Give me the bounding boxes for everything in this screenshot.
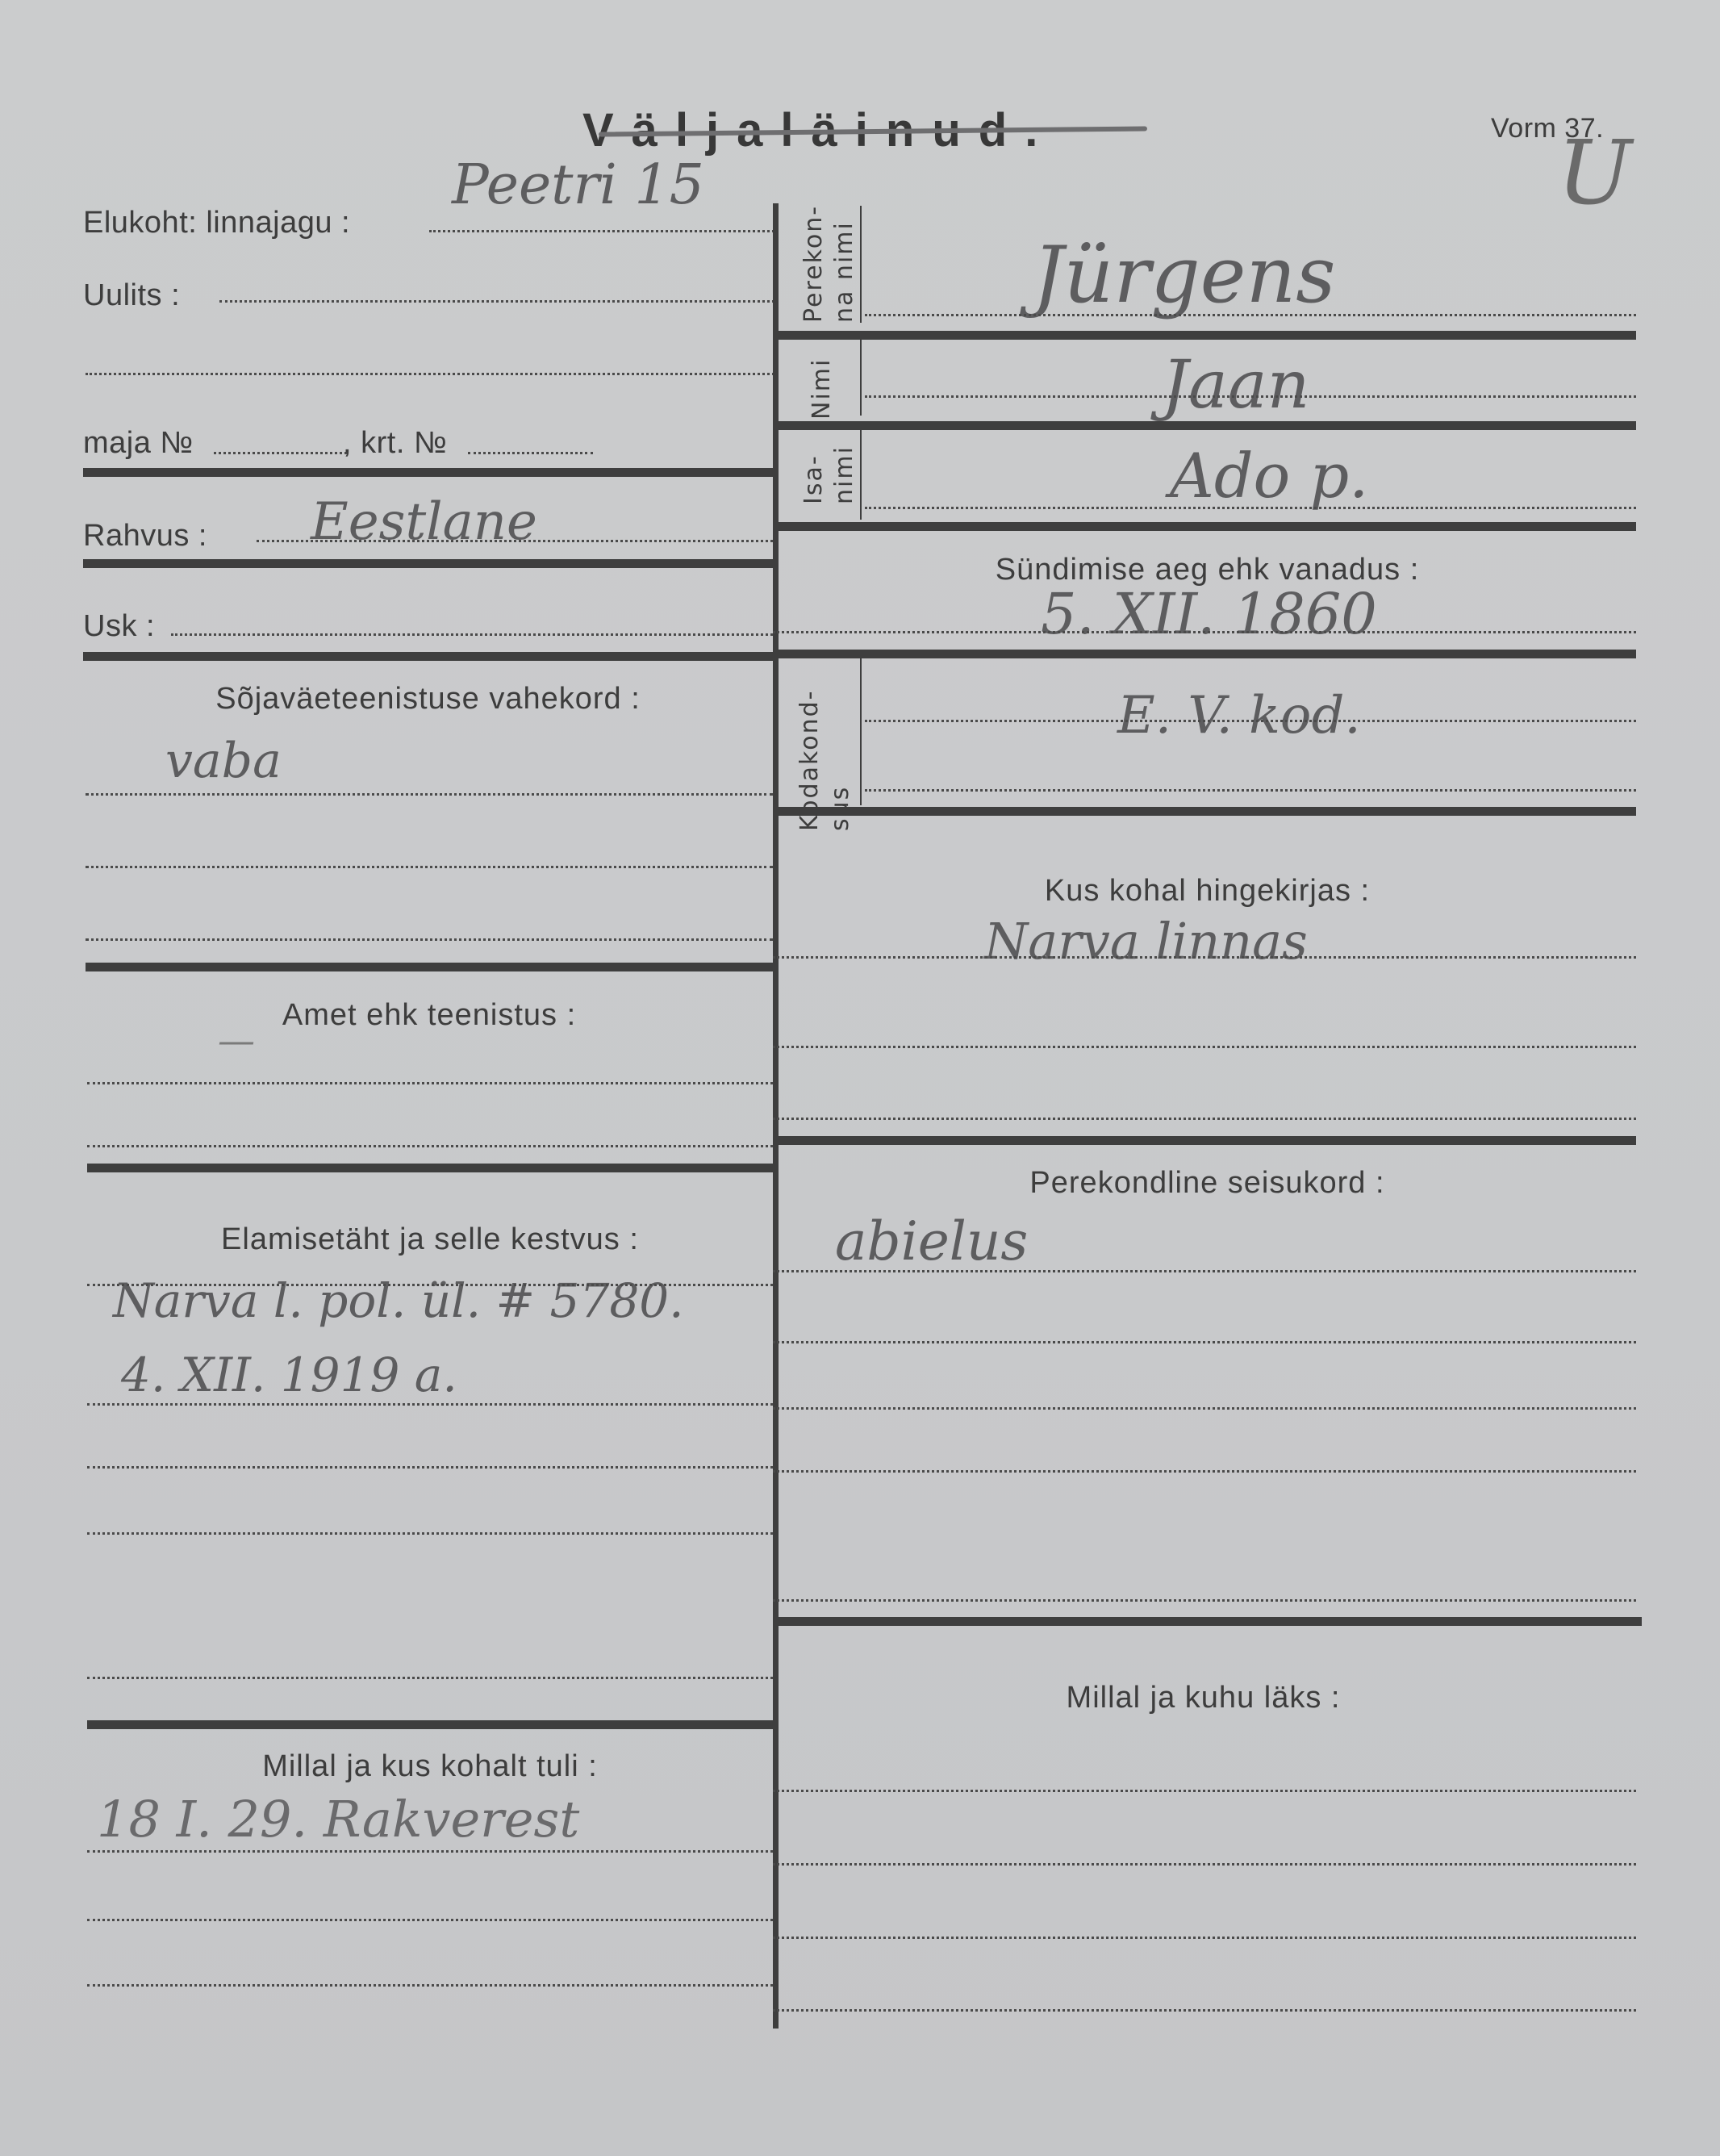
first-name-value: Jaan xyxy=(1162,347,1309,424)
registry-label: Kus kohal hingekirjas : xyxy=(779,874,1636,909)
label-separator xyxy=(860,339,862,416)
patronymic-label-line2: nimi xyxy=(830,445,858,504)
divider xyxy=(779,807,1636,816)
marital-line-1 xyxy=(773,1270,1636,1272)
birth-value: 5. XII. 1860 xyxy=(1041,581,1377,647)
apartment-number-line xyxy=(468,452,593,454)
residence-permit-value-line1: Narva l. pol. ül. # 5780. xyxy=(113,1273,684,1328)
center-divider xyxy=(773,203,779,2029)
surname-label: Perekon- na nimi xyxy=(799,198,860,323)
nationality-value: Eestlane xyxy=(311,492,537,552)
citizenship-line-1 xyxy=(865,720,1636,722)
apartment-number-label: , krt. № xyxy=(343,426,447,461)
street-line-2 xyxy=(86,373,774,375)
residence-permit-line-2 xyxy=(87,1403,773,1406)
label-separator xyxy=(860,429,862,520)
religion-line xyxy=(171,633,773,636)
occupation-value: — xyxy=(218,1018,255,1062)
occupation-label: Amet ehk teenistus : xyxy=(86,998,773,1033)
departure-line-1 xyxy=(773,1790,1636,1792)
marital-line-3 xyxy=(773,1407,1636,1410)
residence-permit-line-1 xyxy=(87,1284,773,1286)
departure-line-4 xyxy=(773,2009,1636,2012)
registry-value: Narva linnas xyxy=(984,912,1308,971)
divider xyxy=(83,559,773,568)
religion-label: Usk : xyxy=(83,609,155,644)
form-paper: Väljaläinud. Vorm 37. U Elukoht: linnaja… xyxy=(0,0,1720,2156)
patronymic-label: Isa- nimi xyxy=(799,424,860,504)
occupation-line-1 xyxy=(87,1082,773,1084)
surname-label-line1: Perekon- xyxy=(799,205,828,323)
marital-value: abielus xyxy=(835,1210,1028,1272)
patronymic-label-line1: Isa- xyxy=(799,454,828,504)
occupation-line-2 xyxy=(87,1145,773,1147)
residence-district-label: Elukoht: linnajagu : xyxy=(83,206,350,240)
marital-line-4 xyxy=(773,1470,1636,1473)
arrival-line-2 xyxy=(87,1919,773,1921)
departure-label: Millal ja kuhu läks : xyxy=(774,1681,1632,1715)
citizenship-value: E. V. kod. xyxy=(1117,686,1361,746)
divider xyxy=(779,650,1636,658)
patronymic-value: Ado p. xyxy=(1170,440,1368,512)
arrival-label: Millal ja kus kohalt tuli : xyxy=(87,1749,773,1784)
surname-value: Jürgens xyxy=(1033,230,1336,320)
residence-permit-label: Elamisetäht ja selle kestvus : xyxy=(87,1222,773,1257)
divider xyxy=(779,1136,1636,1145)
street-line xyxy=(219,300,774,303)
street-label: Uulits : xyxy=(83,278,180,313)
residence-permit-line-5 xyxy=(87,1677,773,1679)
divider xyxy=(779,522,1636,531)
marital-line-5 xyxy=(773,1599,1636,1602)
house-number-line xyxy=(214,452,347,454)
departure-line-2 xyxy=(773,1863,1636,1866)
patronymic-line xyxy=(865,507,1636,509)
pencil-mark: U xyxy=(1557,121,1632,224)
label-separator xyxy=(860,658,862,805)
marital-label: Perekondline seisukord : xyxy=(779,1166,1636,1201)
military-line-2 xyxy=(86,866,773,868)
divider xyxy=(87,1164,773,1172)
house-number-label: maja № xyxy=(83,426,194,461)
citizenship-label: Kodakond- sus xyxy=(795,662,856,831)
birth-line xyxy=(773,631,1636,633)
first-name-label-text: Nimi xyxy=(808,358,836,420)
registry-line-2 xyxy=(773,1046,1636,1048)
arrival-line-1 xyxy=(87,1850,773,1853)
residence-permit-value-line2: 4. XII. 1919 a. xyxy=(121,1347,457,1402)
military-line-3 xyxy=(86,938,773,941)
nationality-line xyxy=(257,540,773,542)
departure-line-3 xyxy=(773,1937,1636,1939)
surname-line xyxy=(865,314,1636,316)
military-line-1 xyxy=(86,793,773,796)
citizenship-line-2 xyxy=(865,789,1636,792)
registry-line-1 xyxy=(773,956,1636,959)
residence-district-value: Peetri 15 xyxy=(452,153,704,217)
residence-permit-line-3 xyxy=(87,1466,773,1469)
label-separator xyxy=(860,206,862,323)
registry-line-3 xyxy=(773,1118,1636,1120)
divider xyxy=(774,1617,1642,1626)
surname-label-line2: na nimi xyxy=(830,221,858,323)
divider xyxy=(83,468,773,477)
divider xyxy=(86,963,773,971)
military-value: vaba xyxy=(165,733,282,789)
military-label: Sõjaväeteenistuse vahekord : xyxy=(83,682,773,717)
nationality-label: Rahvus : xyxy=(83,519,207,554)
divider xyxy=(87,1720,773,1729)
marital-line-2 xyxy=(773,1341,1636,1343)
arrival-value: 18 I. 29. Rakverest xyxy=(97,1790,579,1849)
arrival-line-3 xyxy=(87,1984,773,1987)
residence-permit-line-4 xyxy=(87,1532,773,1535)
divider xyxy=(779,331,1636,340)
first-name-line xyxy=(865,395,1636,398)
divider xyxy=(83,652,773,661)
divider xyxy=(779,421,1636,430)
first-name-label: Nimi xyxy=(807,339,837,420)
residence-district-line xyxy=(429,230,774,232)
